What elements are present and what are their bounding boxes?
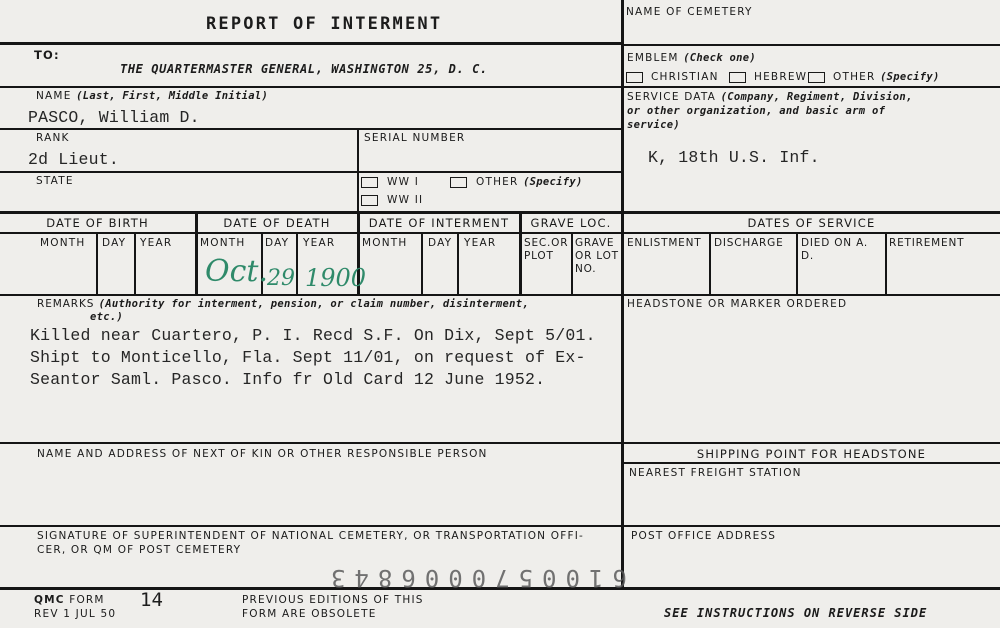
to-label: TO: [34,48,60,62]
remarks-line[interactable]: Shipt to Monticello, Fla. Sept 11/01, on… [30,348,586,367]
emblem-other-label: OTHER (Specify) [833,70,940,84]
divider [421,233,423,295]
discharge-label: DISCHARGE [714,236,784,250]
service-data-label: SERVICE DATA (Company, Regiment, Divisio… [627,90,913,104]
remarks-line[interactable]: Killed near Cuartero, P. I. Recd S.F. On… [30,326,596,345]
obsolete-notice: PREVIOUS EDITIONS OF THIS [242,593,424,607]
post-office-label: POST OFFICE ADDRESS [631,529,776,543]
form-number: 14 [140,589,163,611]
death-day-field[interactable]: 29 [267,266,295,291]
divider [0,211,1000,214]
died-on-ad-label: DIED ON A. [801,236,868,250]
grave-loc-header: GRAVE LOC. [521,216,621,230]
emblem-other-checkbox[interactable] [808,72,825,83]
emblem-hebrew-checkbox[interactable] [729,72,746,83]
divider [457,233,459,295]
service-data-hint: service) [627,118,680,132]
signature-label: SIGNATURE OF SUPERINTENDENT OF NATIONAL … [37,529,584,543]
freight-station-label: NEAREST FREIGHT STATION [629,466,802,480]
war-other-label: OTHER (Specify) [476,175,583,189]
divider [296,233,298,295]
divider [0,171,622,173]
form-revision: REV 1 JUL 50 [34,607,116,621]
birth-month-label: MONTH [40,236,86,250]
date-of-death-header: DATE OF DEATH [197,216,357,230]
name-label: NAME (Last, First, Middle Initial) [36,89,268,103]
interment-report-card: REPORT OF INTERMENT TO: THE QUARTERMASTE… [0,0,1000,628]
state-label: STATE [36,174,74,188]
serial-number-label: SERIAL NUMBER [364,131,465,145]
emblem-christian-checkbox[interactable] [626,72,643,83]
date-of-birth-header: DATE OF BIRTH [0,216,195,230]
shipping-point-label: SHIPPING POINT FOR HEADSTONE [623,447,1000,461]
divider [0,128,622,130]
war-other-checkbox[interactable] [450,177,467,188]
divider [571,233,573,295]
divider [357,128,359,212]
divider [622,462,1000,464]
remarks-hint: etc.) [90,310,123,324]
divider [621,0,624,589]
dates-of-service-header: DATES OF SERVICE [623,216,1000,230]
service-data-hint: or other organization, and basic arm of [627,104,885,118]
birth-year-label: YEAR [140,236,172,250]
form-title: REPORT OF INTERMENT [206,14,442,34]
divider [0,86,1000,88]
ww2-label: WW II [387,193,423,207]
birth-day-label: DAY [102,236,126,250]
remarks-label: REMARKS (Authority for interment, pensio… [37,297,529,311]
divider [0,42,622,45]
next-of-kin-label: NAME AND ADDRESS OF NEXT OF KIN OR OTHER… [37,447,488,461]
emblem-hebrew-label: HEBREW [754,70,807,84]
emblem-label: EMBLEM (Check one) [627,51,756,65]
date-of-interment-header: DATE OF INTERMENT [359,216,519,230]
signature-label: CER, OR QM OF POST CEMETERY [37,543,241,557]
divider [885,233,887,295]
obsolete-notice: FORM ARE OBSOLETE [242,607,377,621]
enlistment-label: ENLISTMENT [627,236,701,250]
death-month-label: MONTH [200,236,246,250]
headstone-label: HEADSTONE OR MARKER ORDERED [627,297,847,311]
retirement-label: RETIREMENT [889,236,964,250]
divider [796,233,798,295]
divider [0,232,1000,234]
ww1-label: WW I [387,175,419,189]
interment-day-label: DAY [428,236,452,250]
divider [0,525,1000,527]
service-data-field[interactable]: K, 18th U.S. Inf. [648,148,820,167]
interment-year-label: YEAR [464,236,496,250]
death-day-label: DAY [265,236,289,250]
ww2-checkbox[interactable] [361,195,378,206]
divider [709,233,711,295]
interment-month-label: MONTH [362,236,408,250]
stamped-serial-number: 6100570006843 [322,564,627,592]
death-year-label: YEAR [303,236,335,250]
cemetery-label: NAME OF CEMETERY [626,5,753,19]
death-year-field[interactable]: 1900 [305,264,366,292]
grave-lot-label: OR LOT [575,249,619,263]
grave-lot-label: NO. [575,262,596,276]
divider [622,44,1000,46]
name-field[interactable]: PASCO, William D. [28,108,200,127]
sec-or-plot-label: SEC.OR [524,236,568,250]
form-id: QMC FORM [34,593,105,607]
divider [0,442,1000,444]
death-month-field[interactable]: Oct. [205,254,268,289]
grave-lot-label: GRAVE [575,236,614,250]
emblem-christian-label: CHRISTIAN [651,70,719,84]
divider [134,233,136,295]
divider [96,233,98,295]
remarks-line[interactable]: Seantor Saml. Pasco. Info fr Old Card 12… [30,370,545,389]
rank-field[interactable]: 2d Lieut. [28,150,119,169]
to-address: THE QUARTERMASTER GENERAL, WASHINGTON 25… [120,62,488,76]
divider [0,294,1000,296]
reverse-side-instructions: SEE INSTRUCTIONS ON REVERSE SIDE [664,606,927,620]
rank-label: RANK [36,131,70,145]
ww1-checkbox[interactable] [361,177,378,188]
sec-or-plot-label: PLOT [524,249,554,263]
died-on-ad-label: D. [801,249,814,263]
